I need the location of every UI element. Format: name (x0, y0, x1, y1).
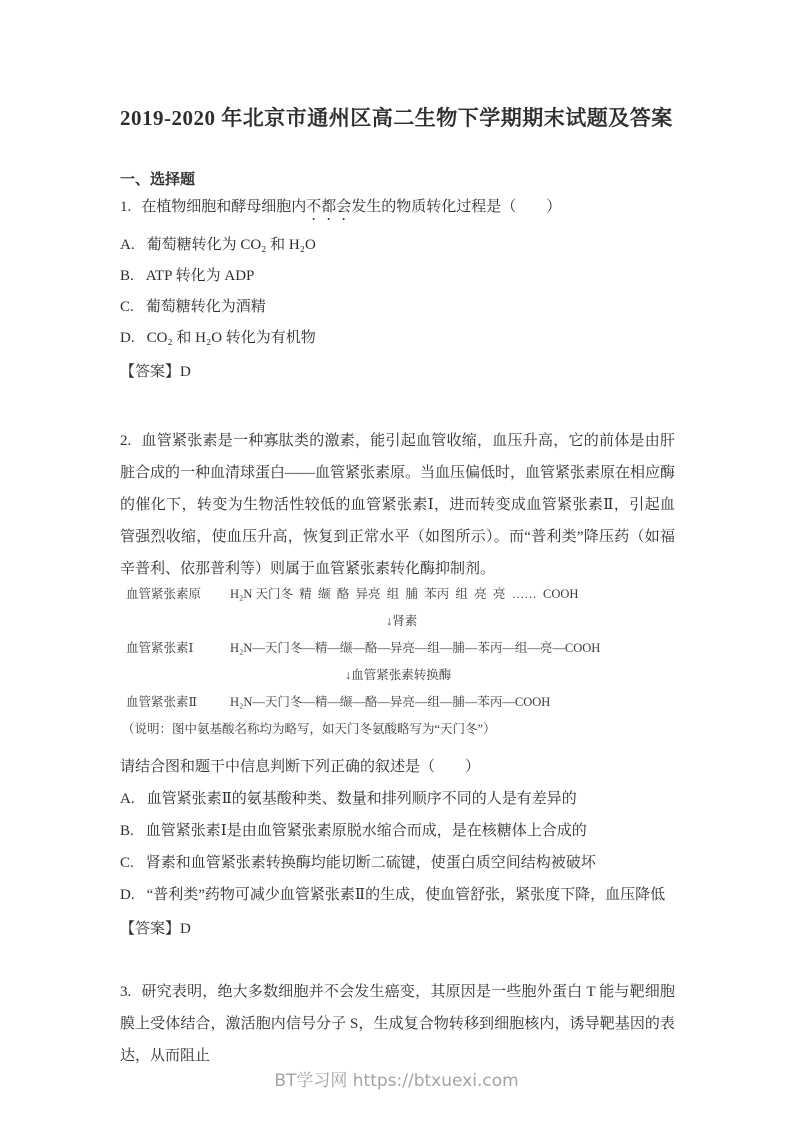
question-3-stem: 3.研究表明，绝大多数细胞并不会发生癌变，其原因是一些胞外蛋白 T 能与靶细胞膜… (120, 976, 675, 1072)
amino-acid-chain: H₂N—天门冬—精—缬—酪—异亮—组—脯—苯丙—COOH (230, 689, 550, 716)
option-letter: B. (120, 823, 134, 839)
exam-document: 2019-2020 年北京市通州区高二生物下学期期末试题及答案 一、选择题 1.… (0, 0, 793, 1122)
option-text: 葡萄糖转化为酒精 (146, 299, 266, 315)
option-letter: A. (120, 237, 135, 253)
question-number: 3. (120, 984, 131, 1000)
answer-value: D (180, 364, 191, 380)
option-letter: B. (120, 268, 134, 284)
question-1: 1.在植物细胞和酵母细胞内不都会发生的物质转化过程是（ ） A.葡萄糖转化为 C… (120, 197, 675, 382)
figure-row-angiotensinogen: 血管紧张素原 H₂N 天门冬 精 缬 酪 异亮 组 脯 苯丙 组 亮 亮 …… … (126, 581, 675, 608)
question-2-options: A.血管紧张素Ⅱ的氨基酸种类、数量和排列顺序不同的人是有差异的 B.血管紧张素Ⅰ… (120, 789, 675, 905)
option-text: ATP 转化为 ADP (146, 268, 255, 284)
figure-note: （说明：图中氨基酸名称均为略写，如天门冬氨酸略写为“天门冬”） (122, 716, 675, 743)
question-1-stem: 1.在植物细胞和酵母细胞内不都会发生的物质转化过程是（ ） (120, 197, 675, 224)
option-row-a: A.血管紧张素Ⅱ的氨基酸种类、数量和排列顺序不同的人是有差异的 (120, 789, 675, 809)
option-row-d: D.CO₂ 和 H₂O 转化为有机物 (120, 328, 675, 348)
question-2-stem: 2.血管紧张素是一种寡肽类的激素，能引起血管收缩，血压升高，它的前体是由肝脏合成… (120, 425, 675, 585)
renin-arrow: ↓肾素 (126, 608, 675, 635)
option-text: 血管紧张素Ⅱ的氨基酸种类、数量和排列顺序不同的人是有差异的 (147, 791, 577, 807)
figure-row-angiotensin-1: 血管紧张素Ⅰ H₂N—天门冬—精—缬—酪—异亮—组—脯—苯丙—组—亮—COOH (126, 635, 675, 662)
option-row-b: B.ATP 转化为 ADP (120, 266, 675, 286)
section-heading: 一、选择题 (120, 170, 675, 190)
option-letter: C. (120, 855, 134, 871)
option-text: 葡萄糖转化为 CO₂ 和 H₂O (147, 237, 316, 253)
figure-row-label: 血管紧张素Ⅰ (126, 635, 230, 662)
option-row-d: D.“普利类”药物可减少血管紧张素Ⅱ的生成，使血管舒张，紧张度下降，血压降低 (120, 885, 675, 905)
question-3: 3.研究表明，绝大多数细胞并不会发生癌变，其原因是一些胞外蛋白 T 能与靶细胞膜… (120, 976, 675, 1072)
figure-row-label: 血管紧张素Ⅱ (126, 689, 230, 716)
question-number: 1. (120, 199, 131, 215)
option-letter: D. (120, 887, 135, 903)
option-text: 血管紧张素Ⅰ是由血管紧张素原脱水缩合而成，是在核糖体上合成的 (146, 823, 587, 839)
option-row-b: B.血管紧张素Ⅰ是由血管紧张素原脱水缩合而成，是在核糖体上合成的 (120, 821, 675, 841)
option-row-a: A.葡萄糖转化为 CO₂ 和 H₂O (120, 235, 675, 255)
page-footer-watermark: BT学习网 https://btxuexi.com (0, 1066, 793, 1091)
answer-label: 【答案】 (120, 921, 180, 937)
stem-text-pre: 在植物细胞和酵母细胞内 (141, 199, 306, 215)
page-title: 2019-2020 年北京市通州区高二生物下学期期末试题及答案 (120, 103, 675, 133)
answer-value: D (180, 921, 191, 937)
option-row-c: C.肾素和血管紧张素转换酶均能切断二硫键，使蛋白质空间结构被破坏 (120, 853, 675, 873)
option-row-c: C.葡萄糖转化为酒精 (120, 297, 675, 317)
option-text: CO₂ 和 H₂O 转化为有机物 (147, 330, 316, 346)
stem-text-post: 发生的物质转化过程是（ ） (351, 199, 561, 215)
answer-row: 【答案】D (120, 362, 675, 382)
figure-row-label: 血管紧张素原 (126, 581, 230, 608)
stem-text: 研究表明，绝大多数细胞并不会发生癌变，其原因是一些胞外蛋白 T 能与靶细胞膜上受… (120, 984, 675, 1064)
option-text: “普利类”药物可减少血管紧张素Ⅱ的生成，使血管舒张，紧张度下降，血压降低 (147, 887, 666, 903)
answer-label: 【答案】 (120, 364, 180, 380)
option-text: 肾素和血管紧张素转换酶均能切断二硫键，使蛋白质空间结构被破坏 (146, 855, 596, 871)
answer-row: 【答案】D (120, 919, 675, 939)
angiotensin-figure: 血管紧张素原 H₂N 天门冬 精 缬 酪 异亮 组 脯 苯丙 组 亮 亮 …… … (126, 581, 675, 743)
stem-text: 血管紧张素是一种寡肽类的激素，能引起血管收缩，血压升高，它的前体是由肝脏合成的一… (120, 433, 675, 577)
option-letter: D. (120, 330, 135, 346)
ace-arrow: ↓血管紧张素转换酶 (126, 662, 675, 689)
figure-row-angiotensin-2: 血管紧张素Ⅱ H₂N—天门冬—精—缬—酪—异亮—组—脯—苯丙—COOH (126, 689, 675, 716)
question-2: 2.血管紧张素是一种寡肽类的激素，能引起血管收缩，血压升高，它的前体是由肝脏合成… (120, 425, 675, 939)
stem-emphasized-text: 不都会 (306, 199, 351, 215)
amino-acid-chain: H₂N—天门冬—精—缬—酪—异亮—组—脯—苯丙—组—亮—COOH (230, 635, 600, 662)
question-number: 2. (120, 433, 131, 449)
option-letter: C. (120, 299, 134, 315)
question-2-prompt: 请结合图和题干中信息判断下列正确的叙述是（ ） (120, 757, 675, 777)
option-letter: A. (120, 791, 135, 807)
amino-acid-chain: H₂N 天门冬 精 缬 酪 异亮 组 脯 苯丙 组 亮 亮 …… COOH (230, 581, 578, 608)
